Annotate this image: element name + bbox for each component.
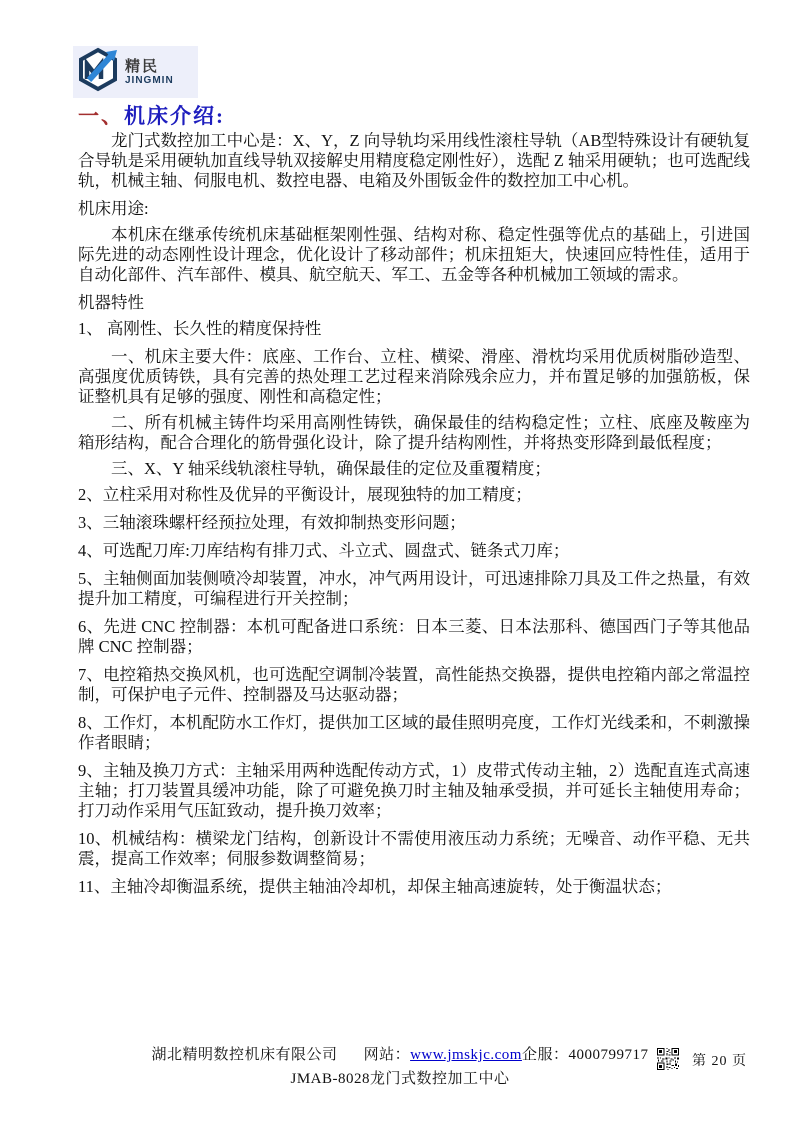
feature-item-5: 5、主轴侧面加装侧喷冷却装置，冲水，冲气两用设计，可迅速排除刀具及工件之热量，有… xyxy=(78,569,750,609)
section-heading: 一、机床介绍: xyxy=(78,100,225,130)
brand-name-cn: 精民 xyxy=(125,59,174,74)
footer-company-name: 湖北精明数控机床有限公司 xyxy=(152,1047,338,1063)
feature-item-4: 4、可选配刀库:刀库结构有排刀式、斗立式、圆盘式、链条式刀库； xyxy=(78,541,750,561)
document-page: 精民 JINGMIN 一、机床介绍: 龙门式数控加工中心是：X、Y，Z 向导轨均… xyxy=(0,0,800,1133)
logo-hexagon-m-arrow-icon xyxy=(75,46,121,99)
usage-paragraph: 本机床在继承传统机床基础框架刚性强、结构对称、稳定性强等优点的基础上，引进国际先… xyxy=(78,225,750,285)
feature-item-3: 3、三轴滚珠螺杆经预拉处理，有效抑制热变形问题； xyxy=(78,513,750,533)
feature-item-8: 8、工作灯，本机配防水工作灯，提供加工区域的最佳照明亮度，工作灯光线柔和，不刺激… xyxy=(78,713,750,753)
features-label: 机器特性 xyxy=(78,293,750,313)
section-title: 机床介绍: xyxy=(124,104,225,128)
footer-company-line: 湖北精明数控机床有限公司网站：www.jmskjc.com企服：40007997… xyxy=(0,1043,800,1064)
feature-item-1-sub-3: 三、X、Y 轴采线轨滚柱导轨，确保最佳的定位及重覆精度； xyxy=(78,459,750,479)
feature-item-6: 6、先进 CNC 控制器：本机可配备进口系统：日本三菱、日本法那科、德国西门子等… xyxy=(78,617,750,657)
feature-item-2: 2、立柱采用对称性及优异的平衡设计，展现独特的加工精度； xyxy=(78,485,750,505)
brand-name-en: JINGMIN xyxy=(125,76,174,86)
company-logo: 精民 JINGMIN xyxy=(73,46,198,98)
footer-website-label: 网站： xyxy=(364,1047,411,1063)
qr-code xyxy=(657,1048,679,1070)
page-number: 第 20 页 xyxy=(692,1050,747,1070)
feature-item-9: 9、主轴及换刀方式：主轴采用两种选配传动方式，1）皮带式传动主轴，2）选配直连式… xyxy=(78,761,750,821)
feature-item-11: 11、主轴冷却衡温系统，提供主轴油冷却机，却保主轴高速旋转，处于衡温状态； xyxy=(78,877,750,897)
footer-service-phone: 4000799717 xyxy=(568,1047,648,1063)
feature-item-7: 7、电控箱热交换风机，也可选配空调制冷装置，高性能热交换器，提供电控箱内部之常温… xyxy=(78,665,750,705)
feature-item-10: 10、机械结构：横梁龙门结构，创新设计不需使用液压动力系统；无噪音、动作平稳、无… xyxy=(78,829,750,869)
document-body: 龙门式数控加工中心是：X、Y，Z 向导轨均采用线性滚柱导轨（AB型特殊设计有硬轨… xyxy=(78,131,750,905)
page-footer: 湖北精明数控机床有限公司网站：www.jmskjc.com企服：40007997… xyxy=(0,1043,800,1088)
feature-item-1-sub-1: 一、机床主要大件：底座、工作台、立柱、横梁、滑座、滑枕均采用优质树脂砂造型、高强… xyxy=(78,347,750,407)
footer-website-link[interactable]: www.jmskjc.com xyxy=(410,1047,522,1063)
feature-item-1-sub-2: 二、所有机械主铸件均采用高刚性铸铁，确保最佳的结构稳定性；立柱、底座及鞍座为箱形… xyxy=(78,413,750,453)
footer-service-label: 企服： xyxy=(522,1047,569,1063)
section-number: 一、 xyxy=(78,104,124,128)
feature-item-1: 1、 高刚性、长久性的精度保持性 xyxy=(78,319,750,339)
intro-paragraph: 龙门式数控加工中心是：X、Y，Z 向导轨均采用线性滚柱导轨（AB型特殊设计有硬轨… xyxy=(78,131,750,191)
footer-product-line: JMAB-8028龙门式数控加工中心 xyxy=(0,1067,800,1088)
usage-label: 机床用途: xyxy=(78,199,750,219)
